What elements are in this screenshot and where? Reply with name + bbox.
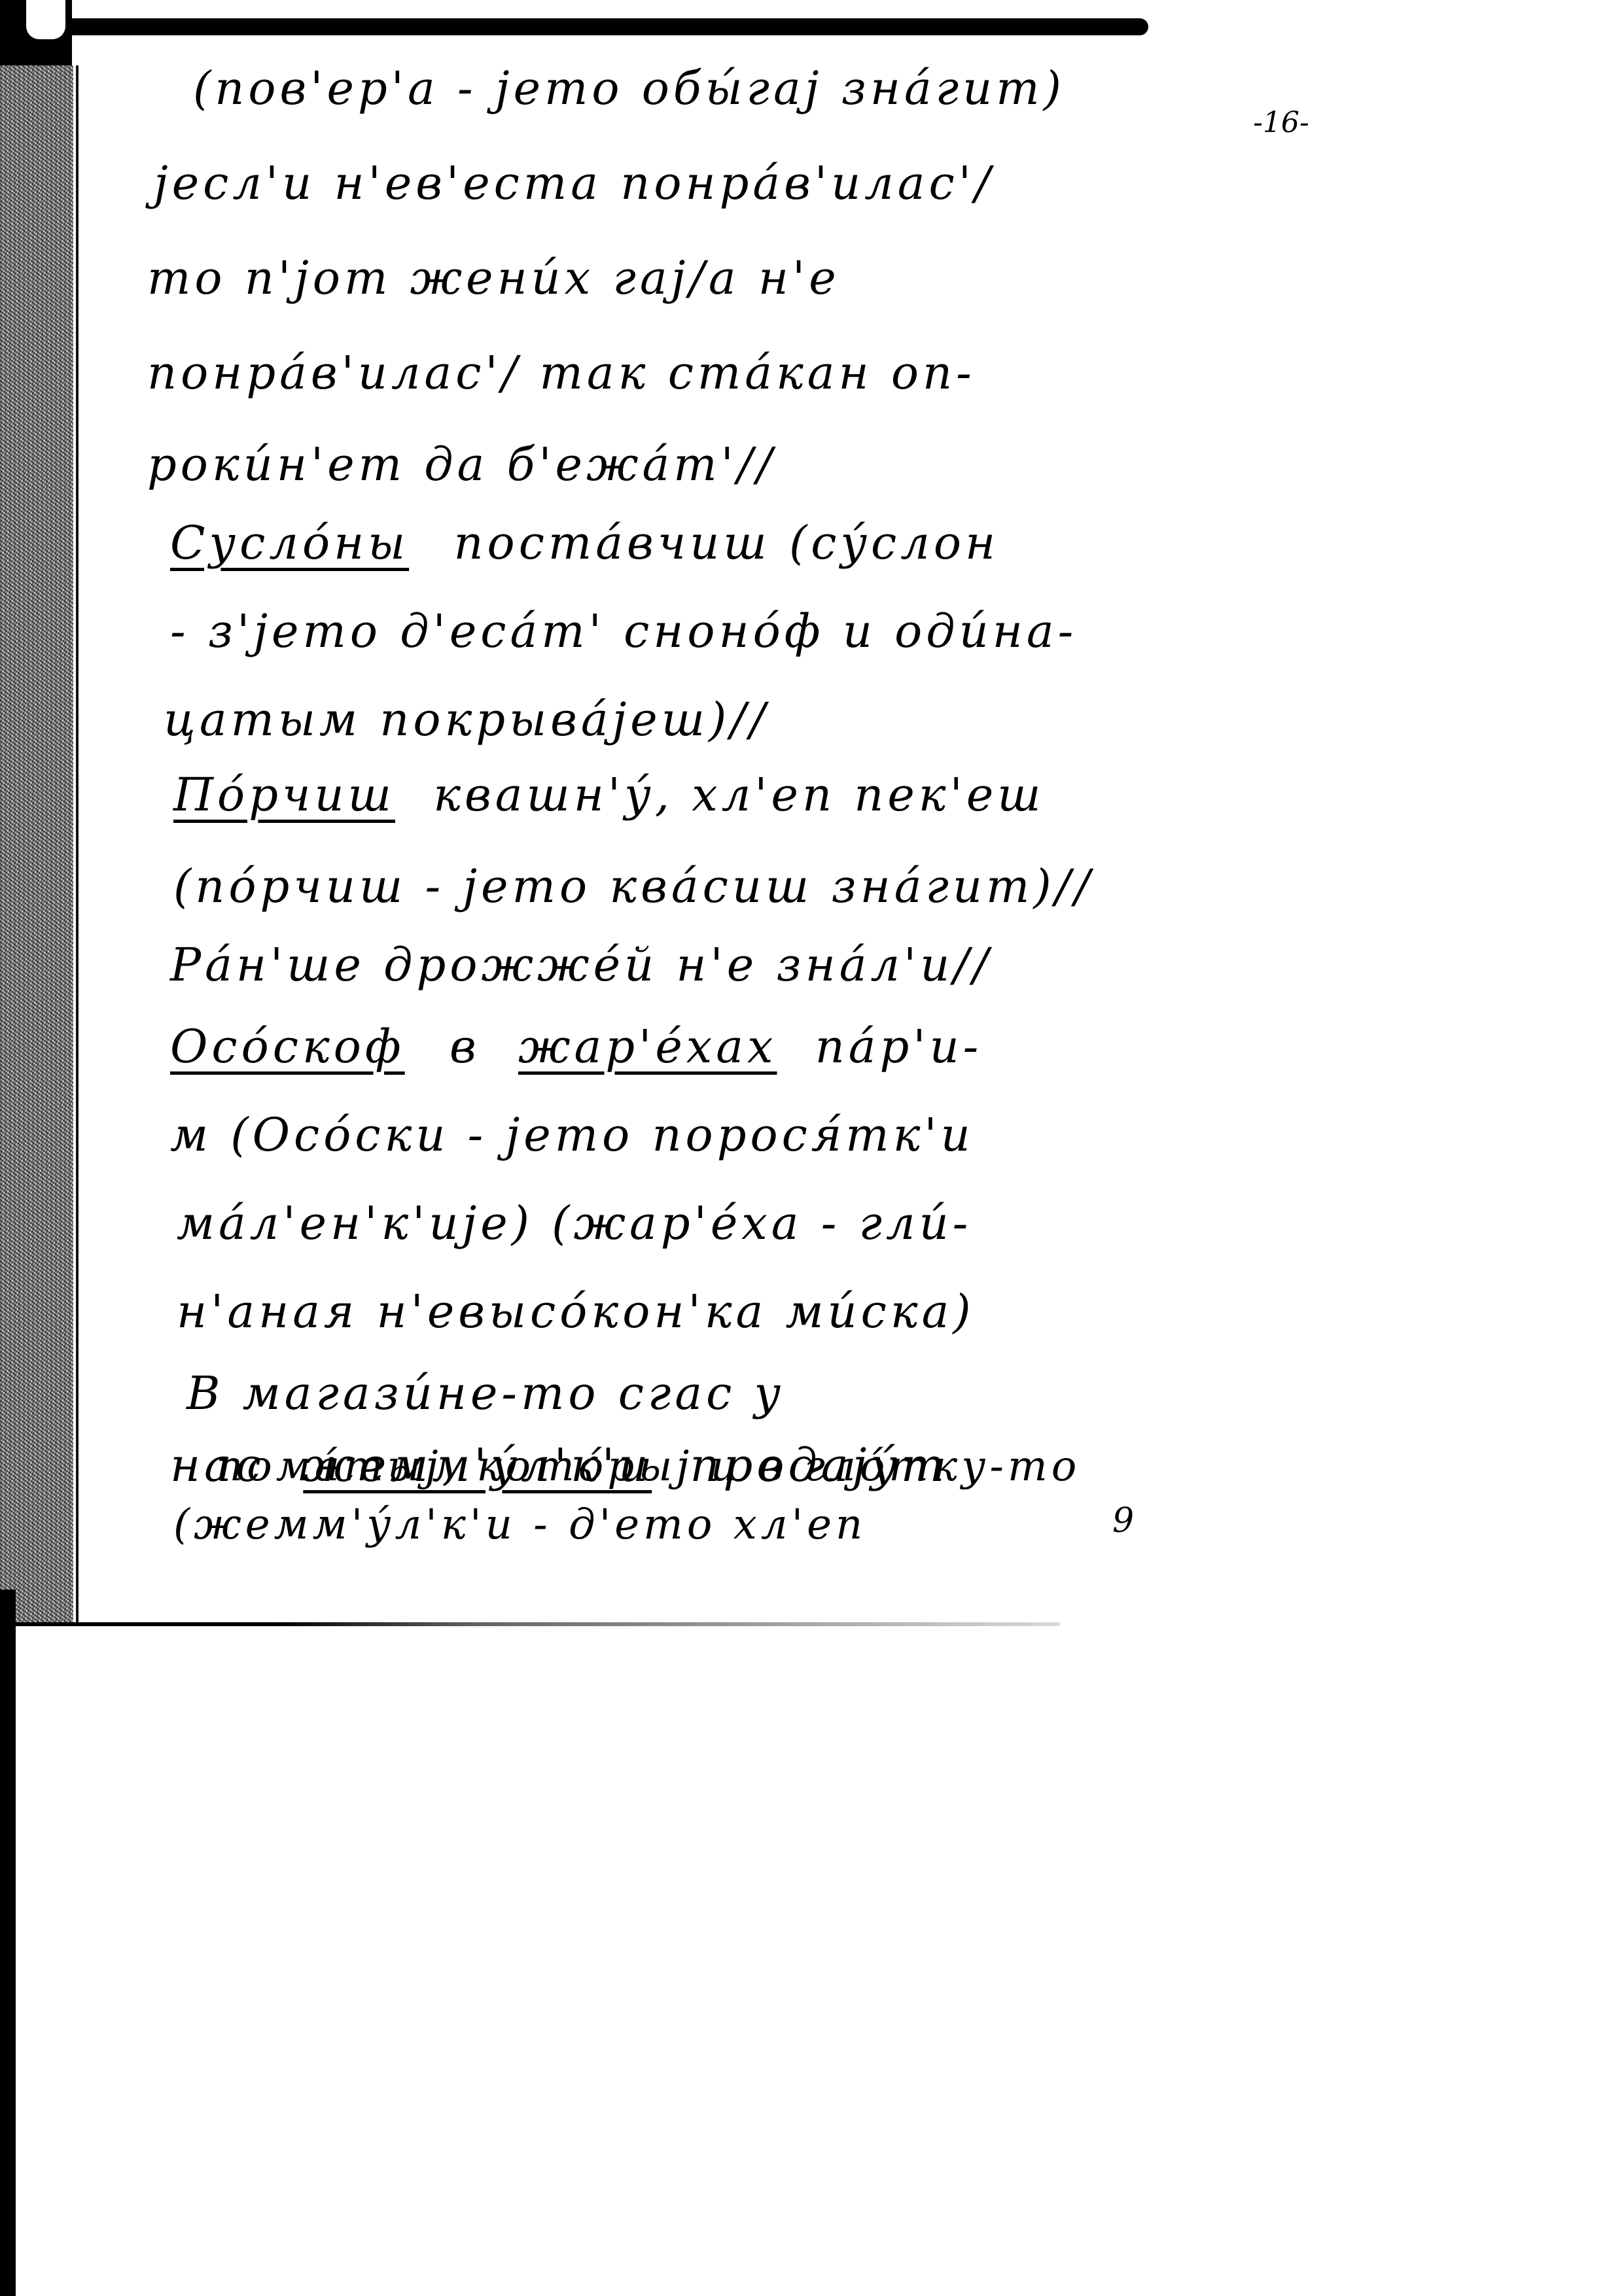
text-line: Осо́скоф в жар'е́хах па́р'и- (170, 1020, 982, 1073)
text-line: - з'јето д'еса́т' сноно́ф и оди́на- (170, 604, 1077, 658)
text-line: По́рчиш квашн'у́, хл'еп пек'еш (173, 768, 1045, 822)
text-line: н'аная н'евысо́кон'ка ми́ска) (177, 1285, 975, 1338)
notebook-binding-shadow (0, 65, 73, 1622)
text-line: Ра́н'ше дрожже́й н'е зна́л'и// (170, 938, 993, 992)
text-line: (по́рчиш - јето ква́сиш зна́гит)// (173, 860, 1094, 913)
page-number: -16- (1253, 106, 1309, 139)
text-line: цатым покрыва́јеш)// (164, 693, 769, 746)
text-line: В магази́не-то сгас у (186, 1366, 785, 1420)
text-line: ма́л'ен'к'ије) (жар'е́ха - гли́- (177, 1196, 972, 1250)
page-bottom-edge (13, 1622, 1060, 1626)
underlined-term: По́рчиш (173, 768, 395, 822)
text-line: (жемм'у́л'к'и - д'ето хл'еп (173, 1501, 866, 1549)
text-line: м (Осо́ски - јето порося́тк'и (170, 1108, 974, 1162)
underlined-term: Суслóны (170, 516, 409, 570)
text-line: пома́тыј, кото́рыј и в гло́тку-то (216, 1442, 1080, 1491)
scanner-edge-top (0, 18, 1148, 35)
text-line: понра́в'илас'/ так ста́кан оп- (147, 346, 976, 400)
margin-note: 9 (1112, 1501, 1134, 1540)
text-line: то п'јот жени́х гај/а н'е (147, 251, 840, 305)
text-line: јесл'и н'ев'еста понра́в'илас'/ (154, 156, 995, 210)
manuscript-page: -16- (пов'ер'а - јето обы́гај зна́гит) ј… (79, 35, 1322, 1622)
scanner-edge-notch (26, 0, 65, 39)
text-line: Суслóны поста́вчиш (су́слон (170, 516, 999, 570)
underlined-term: жар'е́хах (518, 1020, 777, 1073)
underlined-term: Осо́скоф (170, 1020, 405, 1073)
text-line: (пов'ер'а - јето обы́гај зна́гит) (193, 61, 1065, 115)
scanner-edge-left (0, 1590, 16, 2296)
text-line: роки́н'ет да б'ежа́т'// (147, 438, 776, 491)
